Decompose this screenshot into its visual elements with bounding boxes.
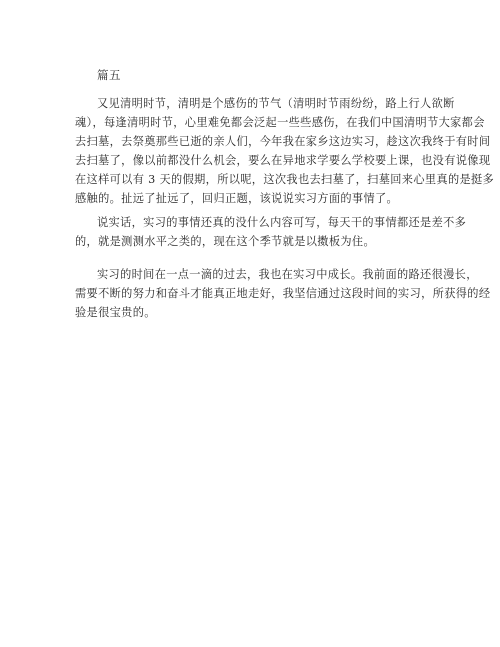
paragraph-3: 实习的时间在一点一滴的过去，我也在实习中成长。我前面的路还很漫长， 需要不断的努…	[75, 265, 431, 322]
paragraph-line: 需要不断的努力和奋斗才能真正地走好，我坚信通过这段时间的实习，所获得的经	[75, 284, 431, 303]
paragraph-line: 又见清明时节，清明是个感伤的节气（清明时节雨纷纷，路上行人欲断	[75, 94, 431, 113]
paragraph-2: 说实话，实习的事情还真的没什么内容可写，每天干的事情都还是差不多 的，就是测测水…	[75, 213, 431, 251]
paragraph-line: 说实话，实习的事情还真的没什么内容可写，每天干的事情都还是差不多	[75, 213, 431, 232]
paragraph-line: 验是很宝贵的。	[75, 303, 431, 322]
paragraph-line: 去扫墓了，像以前都没什么机会，要么在异地求学要么学校要上课，也没有说像现	[75, 151, 431, 170]
paragraph-line: 感触的。扯远了扯远了，回归正题，该说说实习方面的事情了。	[75, 189, 431, 208]
section-heading: 篇五	[97, 68, 121, 82]
paragraph-line: 的，就是测测水平之类的，现在这个季节就是以擞板为住。	[75, 232, 431, 251]
document-page: 篇五 又见清明时节，清明是个感伤的节气（清明时节雨纷纷，路上行人欲断 魂），每逢…	[0, 0, 500, 647]
paragraph-line: 实习的时间在一点一滴的过去，我也在实习中成长。我前面的路还很漫长，	[75, 265, 431, 284]
paragraph-1: 又见清明时节，清明是个感伤的节气（清明时节雨纷纷，路上行人欲断 魂），每逢清明时…	[75, 94, 431, 208]
paragraph-line: 去扫墓，去祭奠那些已逝的亲人们，今年我在家乡这边实习，趁这次我终于有时间	[75, 132, 431, 151]
paragraph-line: 魂），每逢清明时节，心里难免都会泛起一些些感伤，在我们中国清明节大家都会	[75, 113, 431, 132]
paragraph-line: 在这样可以有 3 天的假期，所以呢，这次我也去扫墓了，扫墓回来心里真的是挺多	[75, 170, 431, 189]
